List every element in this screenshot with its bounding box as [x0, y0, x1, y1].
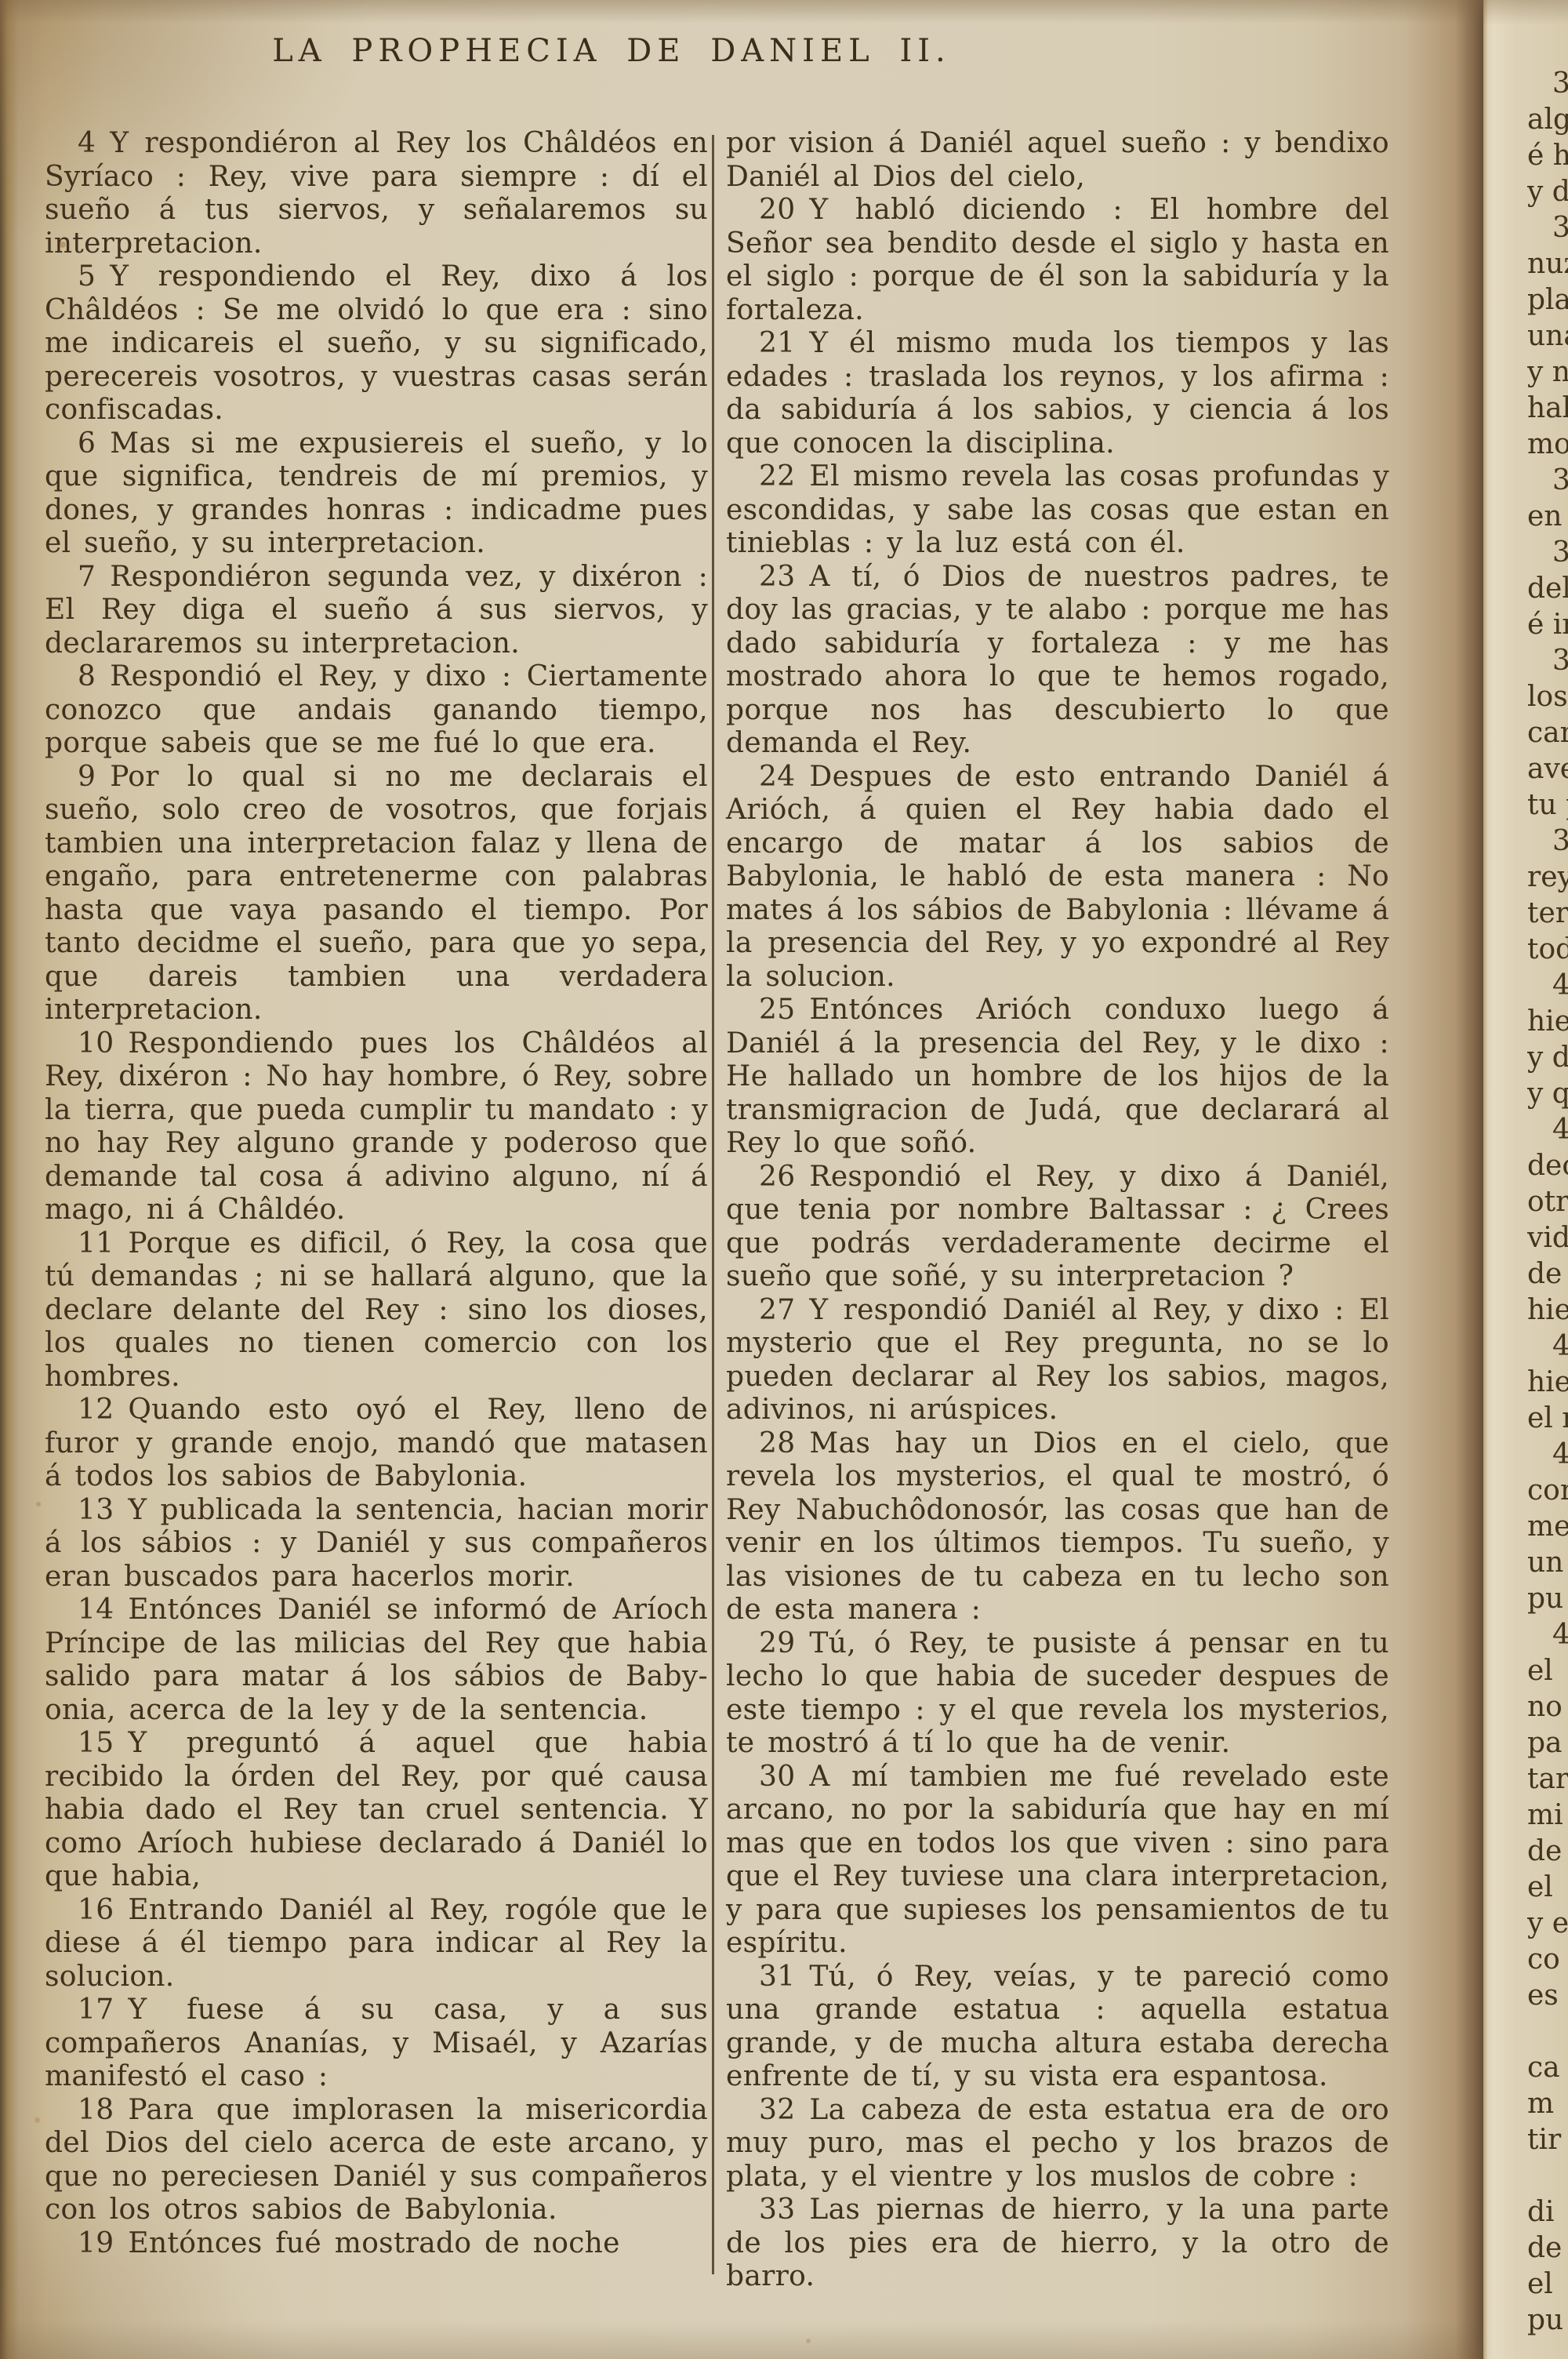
verse-10: 10Respondiendo pues los Châldéos al Rey,… — [45, 1027, 708, 1227]
cutoff-line-fragment: toda — [1527, 932, 1568, 968]
verse-number: 22 — [759, 460, 795, 493]
verse-number: 12 — [78, 1394, 114, 1426]
verse-29: 29Tú, ó Rey, te pusiste á pensar en tu l… — [726, 1627, 1389, 1761]
verse-text: El mismo revela las cosas profundas y es… — [726, 460, 1389, 559]
cutoff-line-fragment: habi — [1527, 391, 1568, 427]
cutoff-line-fragment: nuza — [1527, 246, 1568, 282]
verse-text: Respondiéron segunda vez, y dixéron : El… — [45, 561, 708, 660]
verse-text: A tí, ó Dios de nuestros padres, te doy … — [726, 561, 1389, 760]
verse-number: 31 — [759, 1961, 795, 1993]
verse-number: 14 — [78, 1594, 114, 1626]
verse-number: 16 — [78, 1894, 114, 1926]
paper-stain — [806, 2339, 811, 2343]
cutoff-line-fragment: cam — [1527, 715, 1568, 751]
cutoff-line-fragment: 43 — [1527, 1437, 1568, 1473]
verse-number: 7 — [78, 561, 96, 593]
cutoff-line-fragment: 37 — [1527, 535, 1568, 571]
page-header: LA PROPHECIA DE DANIEL II. — [188, 33, 1035, 69]
verse-9: 9Por lo qual si no me declarais el sueño… — [45, 761, 708, 1027]
verse-19: 19Entónces fué mostrado de noche — [45, 2227, 708, 2261]
verse-number: 23 — [759, 561, 795, 593]
cutoff-line-fragment: ca — [1527, 2050, 1568, 2086]
next-page-fragments: 34algué hiy de35nuzaplatunay nohabimon36… — [1527, 66, 1568, 2339]
cutoff-line-fragment: 36 — [1527, 463, 1568, 499]
cutoff-line-fragment: hie — [1527, 1292, 1568, 1329]
cutoff-line-fragment: m — [1527, 2086, 1568, 2122]
verse-number: 15 — [78, 1727, 114, 1759]
book-page-scan: LA PROPHECIA DE DANIEL II. 4Y respondiér… — [0, 0, 1568, 2359]
cutoff-line-fragment: 41 — [1527, 1112, 1568, 1148]
verse-text: Las piernas de hierro, y la una parte de… — [726, 2194, 1389, 2292]
verse-17: 17Y fuese á su casa, y a sus compañeros … — [45, 1994, 708, 2094]
cutoff-line-fragment: tir — [1527, 2122, 1568, 2158]
cutoff-line-fragment: 44 — [1527, 1617, 1568, 1653]
cutoff-line-fragment — [1527, 2014, 1568, 2050]
cutoff-line-fragment: el r — [1527, 1401, 1568, 1437]
cutoff-line-fragment: del — [1527, 571, 1568, 607]
cutoff-line-fragment: dec — [1527, 1148, 1568, 1184]
verse-number: 13 — [78, 1494, 114, 1526]
verse-text: Entónces fué mostrado de noche — [128, 2227, 619, 2259]
verse-text: Entrando Daniél al Rey, rogóle que le di… — [45, 1894, 708, 1993]
paper-stain — [36, 1502, 41, 1507]
verse-number: 20 — [759, 194, 795, 226]
verse-32: 32La cabeza de esta estatua era de oro m… — [726, 2094, 1389, 2194]
verse-text: Para que implorasen la misericordia del … — [45, 2094, 708, 2226]
verse-number: 25 — [759, 994, 795, 1026]
verse-33: 33Las piernas de hierro, y la una parte … — [726, 2194, 1389, 2294]
cutoff-line-fragment: mi — [1527, 1797, 1568, 1834]
verse-text: Y preguntó á aquel que habia recibido la… — [45, 1727, 708, 1892]
verse-16: 16Entrando Daniél al Rey, rogóle que le … — [45, 1894, 708, 1994]
verse-text: Respondiendo pues los Châldéos al Rey, d… — [45, 1027, 708, 1227]
verse-number: 11 — [78, 1227, 114, 1259]
verse-text: Y respondió Daniél al Rey, y dixo : El m… — [726, 1294, 1389, 1427]
cutoff-line-fragment: aves — [1527, 751, 1568, 787]
verse-11: 11Porque es dificil, ó Rey, la cosa que … — [45, 1227, 708, 1394]
verse-number: 28 — [759, 1427, 795, 1459]
cutoff-line-fragment: di — [1527, 2194, 1568, 2230]
verse-25: 25Entónces Arióch conduxo luego á Daniél… — [726, 994, 1389, 1161]
cutoff-line-fragment: el — [1527, 1870, 1568, 1906]
verse-text: La cabeza de esta estatua era de oro muy… — [726, 2094, 1389, 2193]
cutoff-line-fragment: reyn — [1527, 860, 1568, 896]
verse-number: 17 — [78, 1994, 114, 2026]
cutoff-line-fragment: hie — [1527, 1365, 1568, 1401]
verse-23: 23A tí, ó Dios de nuestros padres, te do… — [726, 561, 1389, 761]
column-divider-rule — [712, 135, 714, 2274]
cutoff-line-fragment: de — [1527, 1256, 1568, 1292]
cutoff-line-fragment: 34 — [1527, 66, 1568, 102]
cutoff-line-fragment: una — [1527, 318, 1568, 354]
verse-text: Y fuese á su casa, y a sus compañeros An… — [45, 1994, 708, 2092]
left-page: LA PROPHECIA DE DANIEL II. 4Y respondiér… — [0, 0, 1483, 2359]
verse-7: 7Respondiéron segunda vez, y dixéron : E… — [45, 561, 708, 661]
cutoff-line-fragment: los — [1527, 679, 1568, 715]
verse-27: 27Y respondió Daniél al Rey, y dixo : El… — [726, 1294, 1389, 1427]
verse-text: Y respondiendo el Rey, dixo á los Châldé… — [45, 260, 708, 426]
verse-21: 21Y él mismo muda los tiempos y las edad… — [726, 327, 1389, 460]
cutoff-line-fragment: 39 — [1527, 823, 1568, 860]
cutoff-line-fragment: el — [1527, 2266, 1568, 2303]
cutoff-line-fragment: mon — [1527, 427, 1568, 463]
verse-number: 27 — [759, 1294, 795, 1326]
verse-31: 31Tú, ó Rey, veías, y te pareció como un… — [726, 1961, 1389, 2094]
verse-text: Y publicada la sentencia, hacian morir á… — [45, 1494, 708, 1593]
verse-number: 29 — [759, 1627, 795, 1659]
cutoff-line-fragment: algu — [1527, 102, 1568, 138]
verse-8: 8Respondió el Rey, y dixo : Ciertamente … — [45, 660, 708, 761]
verse-text: Mas hay un Dios en el cielo, que revela … — [726, 1427, 1389, 1627]
cutoff-line-fragment: y e — [1527, 1906, 1568, 1942]
cutoff-line-fragment: me — [1527, 1509, 1568, 1545]
verse-text: Quando esto oyó el Rey, lleno de furor y… — [45, 1394, 708, 1492]
paper-stain — [55, 878, 59, 882]
verse-14: 14Entónces Daniél se informó de Aríoch P… — [45, 1594, 708, 1727]
cutoff-line-fragment: pa — [1527, 1725, 1568, 1761]
cutoff-line-fragment: de — [1527, 2230, 1568, 2266]
cutoff-line-fragment: de — [1527, 1834, 1568, 1870]
verse-20: 20Y habló diciendo : El hombre del Señor… — [726, 194, 1389, 327]
verse-number: 19 — [78, 2227, 114, 2259]
cutoff-line-fragment: terc — [1527, 896, 1568, 932]
cutoff-line-fragment: é in — [1527, 607, 1568, 643]
verse-number: 26 — [759, 1161, 795, 1193]
verse-text: Y habló diciendo : El hombre del Señor s… — [726, 194, 1389, 326]
verse-26: 26Respondió el Rey, y dixo á Daniél, que… — [726, 1161, 1389, 1294]
cutoff-line-fragment: 35 — [1527, 210, 1568, 246]
cutoff-line-fragment: y de — [1527, 174, 1568, 210]
cutoff-line-fragment: plat — [1527, 282, 1568, 318]
cutoff-line-fragment — [1527, 2158, 1568, 2194]
cutoff-line-fragment: 38 — [1527, 643, 1568, 679]
verse-text: Respondió el Rey, y dixo : Ciertamente c… — [45, 660, 708, 759]
verse-number: 30 — [759, 1761, 795, 1793]
cutoff-line-fragment: 42 — [1527, 1329, 1568, 1365]
verse-number: 9 — [78, 761, 96, 793]
verse-number: 24 — [759, 761, 795, 793]
cutoff-line-fragment: é hi — [1527, 138, 1568, 174]
cutoff-line-fragment: 40 — [1527, 968, 1568, 1004]
cutoff-line-fragment: hier — [1527, 1004, 1568, 1040]
cutoff-line-fragment: vid — [1527, 1220, 1568, 1256]
verse-text: Tú, ó Rey, veías, y te pareció como una … — [726, 1961, 1389, 2093]
verse-text: Mas si me expusiereis el sueño, y lo que… — [45, 427, 708, 560]
verse-number: 6 — [78, 427, 96, 460]
verse-number: 8 — [78, 660, 96, 692]
next-page-edge: 34algué hiy de35nuzaplatunay nohabimon36… — [1483, 0, 1568, 2359]
verse-number: 10 — [78, 1027, 114, 1060]
verse-number: 4 — [78, 127, 96, 159]
cutoff-line-fragment: en t — [1527, 499, 1568, 535]
cutoff-line-fragment: cor — [1527, 1473, 1568, 1509]
right-column: por vision á Daniél aquel sueño : y bend… — [726, 127, 1389, 2294]
verse-4: 4Y respondiéron al Rey los Châldéos en S… — [45, 127, 708, 260]
verse-number: 18 — [78, 2094, 114, 2126]
cutoff-line-fragment: tu p — [1527, 787, 1568, 823]
verse-24: 24Despues de esto entrando Daniél á Arió… — [726, 761, 1389, 994]
cutoff-line-fragment: y no — [1527, 354, 1568, 391]
cutoff-line-fragment: tar — [1527, 1761, 1568, 1797]
cutoff-line-fragment: es — [1527, 1978, 1568, 2014]
left-column: 4Y respondiéron al Rey los Châldéos en S… — [45, 127, 708, 2260]
verse-text: Porque es dificil, ó Rey, la cosa que tú… — [45, 1227, 708, 1393]
cutoff-line-fragment: otra — [1527, 1184, 1568, 1220]
verse-number: 21 — [759, 327, 795, 359]
verse-15: 15Y preguntó á aquel que habia recibido … — [45, 1727, 708, 1894]
paper-stain — [60, 242, 66, 248]
cutoff-line-fragment: y q — [1527, 1076, 1568, 1112]
verse-28: 28Mas hay un Dios en el cielo, que revel… — [726, 1427, 1389, 1627]
cutoff-line-fragment: pu — [1527, 2303, 1568, 2339]
verse-text: Tú, ó Rey, te pusiste á pensar en tu lec… — [726, 1627, 1389, 1760]
cutoff-line-fragment: un — [1527, 1545, 1568, 1581]
verse-number: 5 — [78, 260, 96, 293]
verse-19-continuation: por vision á Daniél aquel sueño : y bend… — [726, 127, 1389, 194]
verse-text: Y él mismo muda los tiempos y las edades… — [726, 327, 1389, 460]
verse-number: 33 — [759, 2194, 795, 2226]
cutoff-line-fragment: pu — [1527, 1581, 1568, 1617]
verse-18: 18Para que implorasen la misericordia de… — [45, 2094, 708, 2227]
verse-text: Entónces Arióch conduxo luego á Daniél á… — [726, 994, 1389, 1159]
verse-6: 6Mas si me expusiereis el sueño, y lo qu… — [45, 427, 708, 561]
verse-22: 22El mismo revela las cosas profundas y … — [726, 460, 1389, 561]
cutoff-line-fragment: co — [1527, 1942, 1568, 1978]
cutoff-line-fragment: el — [1527, 1653, 1568, 1689]
cutoff-line-fragment: no — [1527, 1689, 1568, 1725]
verse-13: 13Y publicada la sentencia, hacian morir… — [45, 1494, 708, 1594]
cutoff-line-fragment: y d — [1527, 1040, 1568, 1076]
verse-text: Despues de esto entrando Daniél á Arióch… — [726, 761, 1389, 993]
verse-text: Y respondiéron al Rey los Châldéos en Sy… — [45, 127, 708, 260]
verse-text: A mí tambien me fué revelado este arcano… — [726, 1761, 1389, 1960]
verse-30: 30A mí tambien me fué revelado este arca… — [726, 1761, 1389, 1961]
verse-12: 12Quando esto oyó el Rey, lleno de furor… — [45, 1394, 708, 1494]
verse-text: Por lo qual si no me declarais el sueño,… — [45, 761, 708, 1027]
verse-text: Entónces Daniél se informó de Aríoch Prí… — [45, 1594, 708, 1726]
verse-number: 32 — [759, 2094, 795, 2126]
verse-text: Respondió el Rey, y dixo á Daniél, que t… — [726, 1161, 1389, 1293]
paper-stain — [34, 2117, 40, 2123]
verse-5: 5Y respondiendo el Rey, dixo á los Châld… — [45, 260, 708, 427]
